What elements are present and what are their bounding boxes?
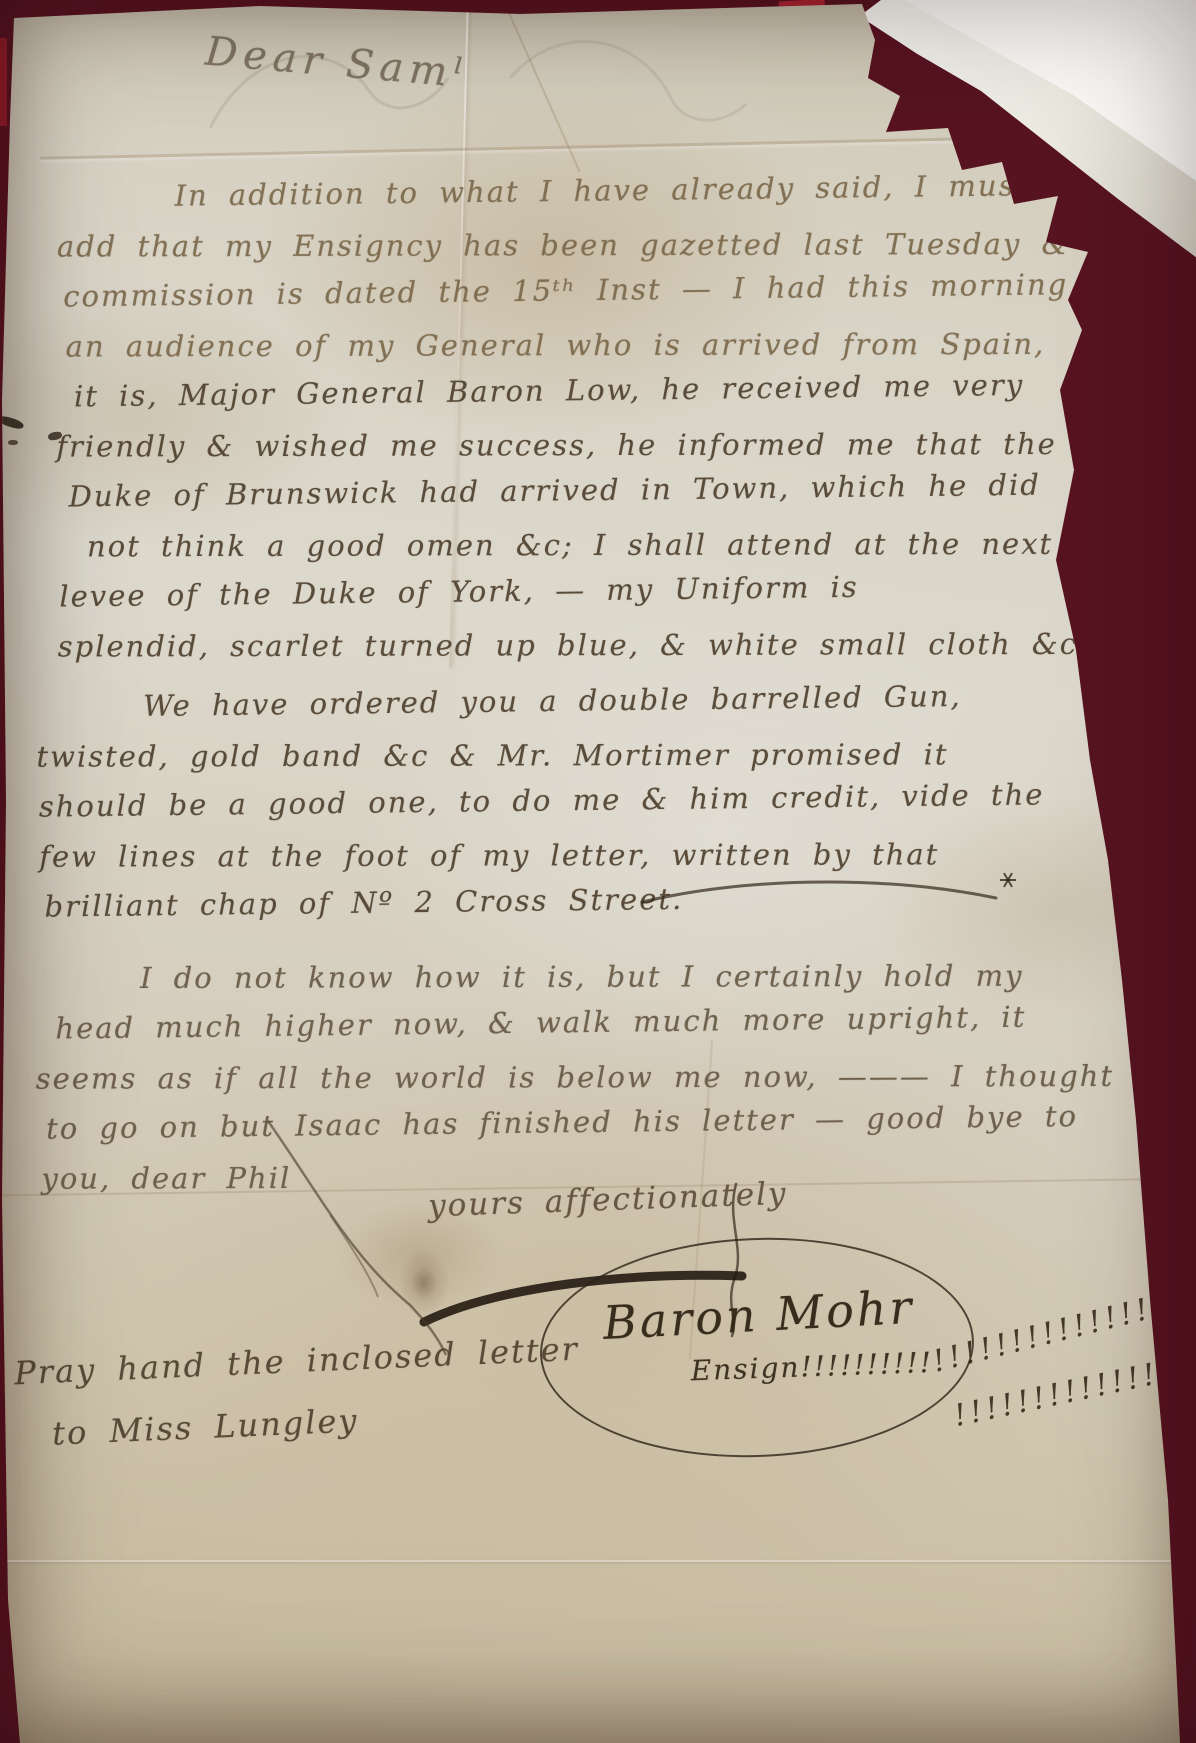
- pen-flourish-line: [640, 868, 1000, 914]
- signature-name: Baron Mohr: [602, 1280, 916, 1350]
- letter-line: We have ordered you a double barrelled G…: [143, 670, 1069, 731]
- table-surface-sliver: [0, 38, 7, 126]
- letter-line: it is, Major General Baron Low, he recei…: [74, 359, 1067, 421]
- paper-fold-crease: [0, 1560, 1196, 1562]
- letter-line: splendid, scarlet turned up blue, & whit…: [58, 619, 1068, 672]
- letter-paper: Dear Samˡ In addition to what I have alr…: [0, 0, 1196, 1743]
- letter-photograph: Dear Samˡ In addition to what I have alr…: [0, 0, 1196, 1743]
- signature-rank: Ensign!!!!!!!!!!: [690, 1346, 933, 1387]
- paper-crack-line: [260, 1115, 460, 1365]
- ink-blot: [0, 414, 25, 431]
- scribble-mark: [1000, 872, 1016, 888]
- letter-body: In addition to what I have already said,…: [54, 164, 1071, 1203]
- letter-line: In addition to what I have already said,…: [174, 160, 1065, 221]
- postscript-line: to Miss Lungley: [51, 1401, 359, 1452]
- ink-blot: [8, 440, 18, 445]
- ink-showthrough-marks: [180, 8, 800, 168]
